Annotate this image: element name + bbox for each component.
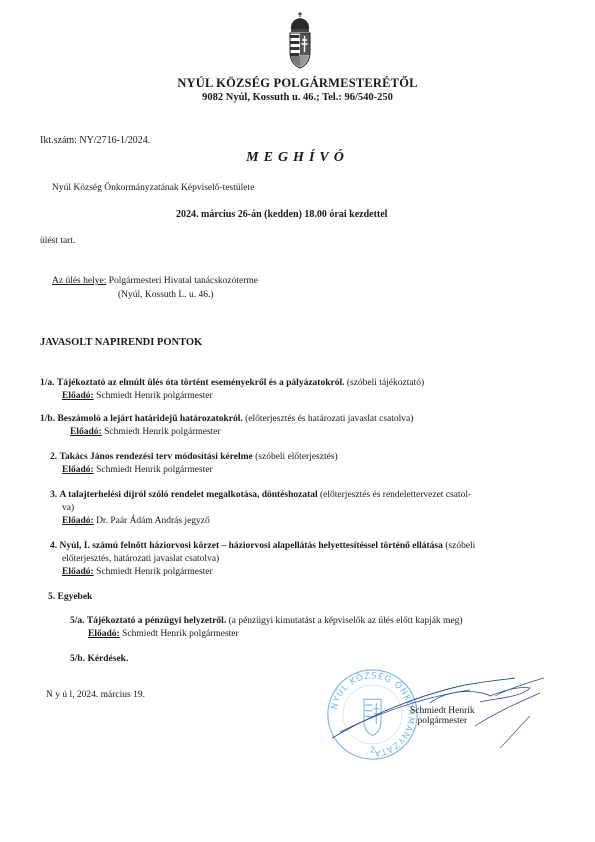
item-number: 1/b. [40,414,55,424]
agenda-heading: JAVASOLT NAPIRENDI PONTOK [40,337,202,348]
item-note: (szóbeli tájékoztató) [347,378,424,388]
presenter-name: Dr. Paár Ádám András jegyző [96,516,210,526]
issuer-address: 9082 Nyúl, Kossuth u. 46.; Tel.: 96/540-… [0,92,595,103]
location-place: Polgármesteri Hivatal tanácskozóterme [109,276,258,286]
agenda-item-3: 3. A talajterhelési díjról szóló rendele… [50,490,471,500]
agenda-presenter-4: Előadó: Schmiedt Henrik polgármester [62,567,213,577]
item-title: Nyúl, I. számú felnőtt háziorvosi körzet… [60,541,443,551]
meeting-suffix: ülést tart. [40,236,75,246]
agenda-item-5: 5. Egyebek [48,592,92,602]
item-number: 3. [50,490,57,500]
agenda-item-5a: 5/a. Tájékoztató a pénzügyi helyzetről. … [70,616,463,626]
agenda-presenter-5a: Előadó: Schmiedt Henrik polgármester [88,629,239,639]
agenda-presenter-1b: Előadó: Schmiedt Henrik polgármester [70,427,221,437]
item-number: 5. [48,592,55,602]
signer-title: polgármester [410,716,475,726]
item-title: Egyebek [58,592,93,602]
item-number: 5/b. [70,654,85,664]
reference-number: Ikt.szám: NY/2716-1/2024. [40,135,150,146]
presenter-name: Schmiedt Henrik polgármester [96,567,213,577]
issuer-title: NYÚL KÖZSÉG POLGÁRMESTERÉTŐL [0,76,595,91]
location-address: (Nyúl, Kossuth L. u. 46.) [118,290,214,300]
presenter-name: Schmiedt Henrik polgármester [96,391,213,401]
presenter-label: Előadó: [62,465,94,475]
presenter-label: Előadó: [62,516,94,526]
item-note: (előterjesztés és határozati javaslat cs… [245,414,413,424]
presenter-name: Schmiedt Henrik polgármester [96,465,213,475]
agenda-item-1a: 1/a. Tájékoztató az elmúlt ülés óta tört… [40,378,424,388]
location-label: Az ülés helye: [52,276,106,286]
item-note: (szóbeli előterjesztés) [255,452,338,462]
item-title: A talajterhelési díjról szóló rendelet m… [60,490,318,500]
item-number: 2. [50,452,57,462]
item-title: Tájékoztató az elmúlt ülés óta történt e… [57,378,345,388]
coat-of-arms-icon [284,10,316,74]
meeting-date: 2024. március 26-án (kedden) 18.00 órai … [176,209,387,220]
item-number: 1/a. [40,378,55,388]
agenda-presenter-2: Előadó: Schmiedt Henrik polgármester [62,465,213,475]
item-note: (előterjesztés és rendelettervezet csato… [320,490,471,500]
item-title: Tájékoztató a pénzügyi helyzetről. [87,616,226,626]
item-note: (szóbeli [445,541,475,551]
item-number: 5/a. [70,616,85,626]
presenter-name: Schmiedt Henrik polgármester [104,427,221,437]
presenter-label: Előadó: [62,567,94,577]
intro-text: Nyúl Község Önkormányzatának Képviselő-t… [52,183,254,193]
item-number: 4. [50,541,57,551]
item-note: (a pénzügyi kimutatást a képviselők az ü… [229,616,463,626]
agenda-item-5b: 5/b. Kérdések. [70,654,128,664]
agenda-item-4-note-cont: előterjesztés, határozati javaslat csato… [62,554,219,564]
presenter-label: Előadó: [88,629,120,639]
presenter-name: Schmiedt Henrik polgármester [122,629,239,639]
item-title: Kérdések. [87,654,128,664]
signer-name: Schmiedt Henrik [410,706,475,716]
agenda-presenter-1a: Előadó: Schmiedt Henrik polgármester [62,391,213,401]
presenter-label: Előadó: [70,427,102,437]
agenda-item-4: 4. Nyúl, I. számú felnőtt háziorvosi kör… [50,541,475,551]
signer-block: Schmiedt Henrik polgármester [410,706,475,726]
location-line: Az ülés helye: Polgármesteri Hivatal tan… [52,276,258,286]
item-title: Takács János rendezési terv módosítási k… [60,452,253,462]
agenda-presenter-3: Előadó: Dr. Paár Ádám András jegyző [62,516,210,526]
agenda-item-3-note-cont: va) [62,503,74,513]
document-title: MEGHÍVÓ [0,150,595,166]
place-date: N y ú l, 2024. március 19. [46,690,145,700]
item-title: Beszámoló a lejárt határidejű határozato… [57,414,242,424]
agenda-item-2: 2. Takács János rendezési terv módosítás… [50,452,338,462]
agenda-item-1b: 1/b. Beszámoló a lejárt határidejű határ… [40,414,413,424]
presenter-label: Előadó: [62,391,94,401]
